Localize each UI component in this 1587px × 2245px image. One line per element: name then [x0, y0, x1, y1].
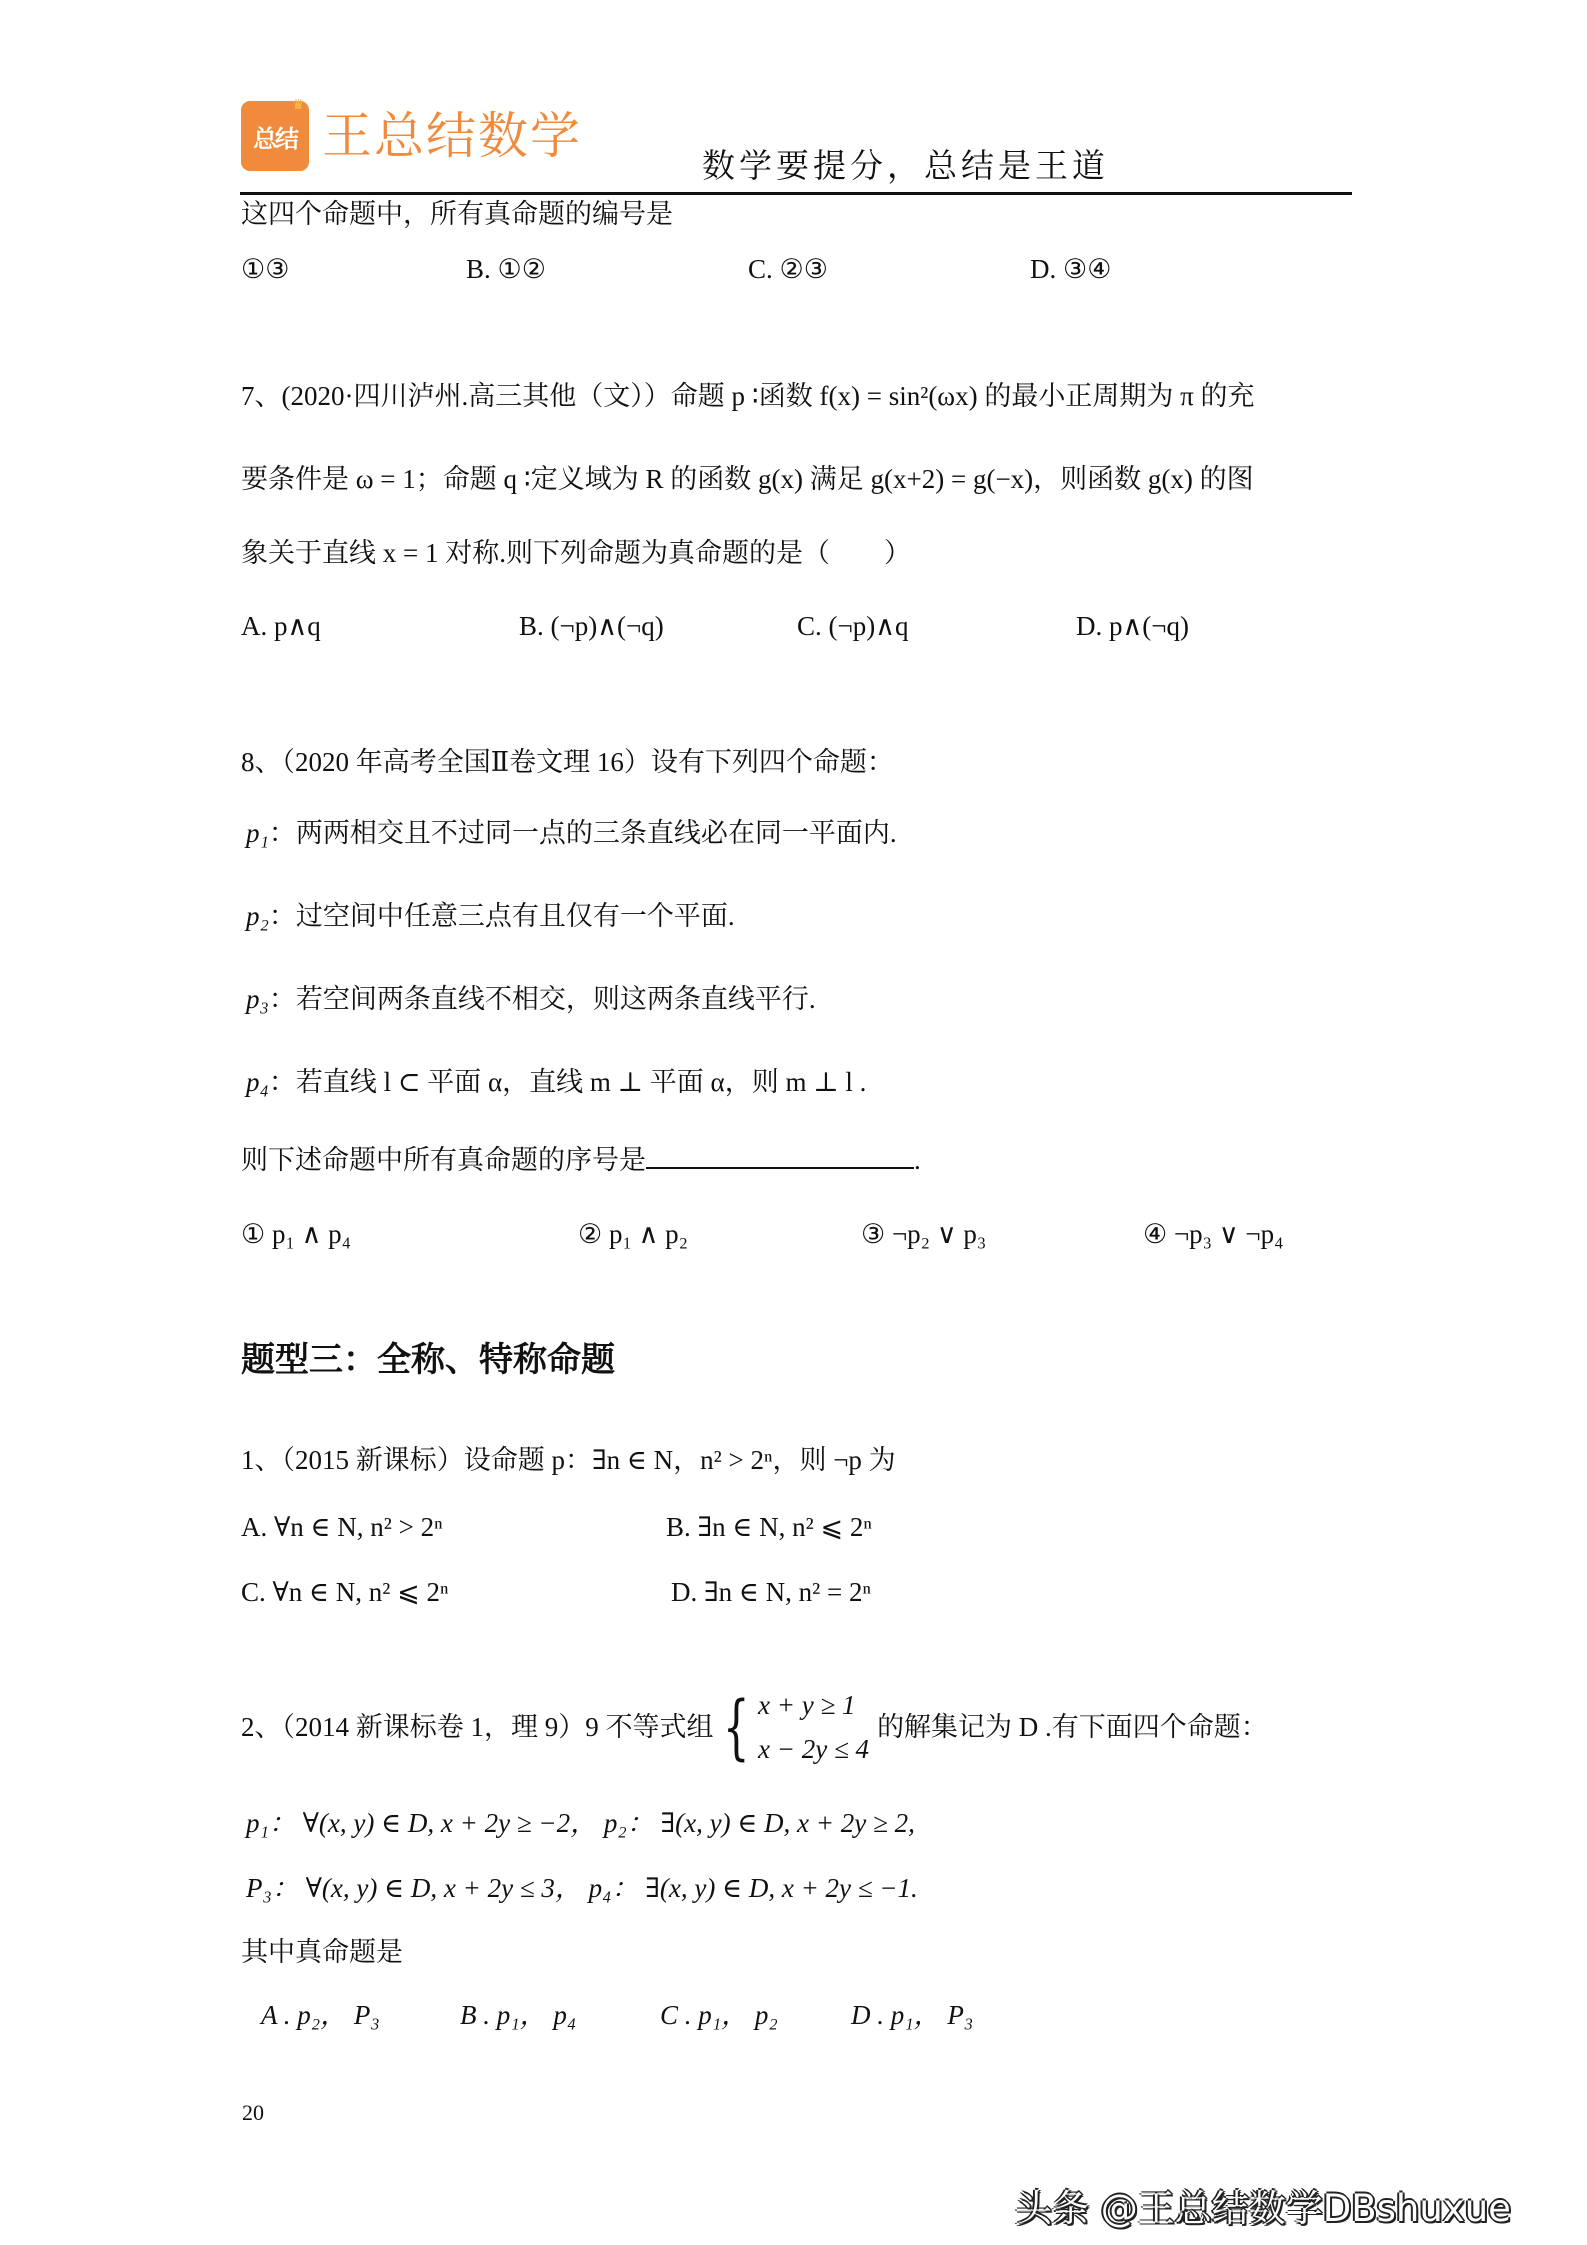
- header-rule: [240, 192, 1352, 195]
- q7-option-b: B. (¬p)∧(¬q): [519, 609, 664, 643]
- inequality-2: x − 2y ≤ 4: [758, 1727, 869, 1771]
- q8-ask-text: 则下述命题中所有真命题的序号是: [241, 1145, 646, 1175]
- q8-stem: 8、（2020 年高考全国Ⅱ卷文理 16）设有下列四个命题：: [241, 745, 894, 779]
- s3q2-props-p3-p4: P₃： ∀(x, y) ∈ D, x + 2y ≤ 3， p₄： ∃(x, y)…: [246, 1871, 918, 1905]
- logo-text: 王总结数学: [322, 106, 582, 166]
- q7-option-a: A. p∧q: [241, 609, 321, 643]
- answer-blank[interactable]: [646, 1143, 914, 1169]
- q7-line-3: 象关于直线 x = 1 对称.则下列命题为真命题的是（ ）: [241, 536, 911, 570]
- q8-prop-1: p₁：两两相交且不过同一点的三条直线必在同一平面内.: [246, 816, 897, 850]
- q8-option-2: ② p₁ ∧ p₂: [578, 1217, 688, 1251]
- logo-badge-text: 总结: [253, 119, 297, 154]
- q8-prop-4: p₄：若直线 l ⊂ 平面 α，直线 m ⊥ 平面 α，则 m ⊥ l .: [246, 1065, 866, 1099]
- q8-ask: 则下述命题中所有真命题的序号是.: [241, 1143, 921, 1177]
- q8-prop-3: p₃：若空间两条直线不相交，则这两条直线平行.: [246, 982, 816, 1016]
- s3q1-option-a: A. ∀n ∈ N, n² > 2ⁿ: [241, 1510, 443, 1544]
- q6-option-c: C. ②③: [748, 252, 828, 286]
- tagline: 数学要提分，总结是王道: [702, 140, 1109, 187]
- s3q2-option-b: B . p₁， p₄: [460, 1998, 576, 2032]
- q6-option-b: B. ①②: [466, 252, 546, 286]
- prop-text: 两两相交且不过同一点的三条直线必在同一平面内.: [296, 818, 897, 848]
- q6-option-a: ①③: [241, 252, 289, 286]
- q8-option-1: ① p₁ ∧ p₄: [241, 1217, 351, 1251]
- prop-label: p₁: [246, 818, 269, 848]
- crown-icon: ♛: [292, 100, 306, 112]
- q8-option-3: ③ ¬p₂ ∨ p₃: [861, 1217, 986, 1251]
- prop-label: p₂: [246, 901, 269, 931]
- prop-text: 若空间两条直线不相交，则这两条直线平行.: [296, 984, 816, 1014]
- q8-option-4: ④ ¬p₃ ∨ ¬p₄: [1143, 1217, 1284, 1251]
- s3q2-option-c: C . p₁， p₂: [660, 1998, 778, 2032]
- s3q1-option-c: C. ∀n ∈ N, n² ⩽ 2ⁿ: [241, 1575, 449, 1609]
- q6-option-d: D. ③④: [1030, 252, 1111, 286]
- left-brace-icon: {: [722, 1692, 749, 1762]
- q7-option-d: D. p∧(¬q): [1076, 609, 1189, 643]
- inequality-1: x + y ≥ 1: [758, 1683, 869, 1727]
- section-title: 题型三：全称、特称命题: [241, 1332, 615, 1381]
- s3q1-option-d: D. ∃n ∈ N, n² = 2ⁿ: [671, 1575, 871, 1609]
- watermark: 头条 @王总结数学DBshuxue: [1015, 2178, 1511, 2232]
- s3q2-option-a: A . p₂， P₃: [261, 1998, 380, 2032]
- s3q2-ask: 其中真命题是: [241, 1935, 403, 1969]
- q6-stem: 这四个命题中，所有真命题的编号是: [241, 197, 673, 231]
- prop-text: 过空间中任意三点有且仅有一个平面.: [296, 901, 735, 931]
- s3q2-stem: 2、（2014 新课标卷 1，理 9）9 不等式组 { x + y ≥ 1 x …: [241, 1683, 1268, 1771]
- page-number: 20: [242, 2100, 264, 2126]
- q7-line-1: 7、(2020·四川泸州.高三其他（文））命题 p ∶函数 f(x) = sin…: [241, 379, 1254, 413]
- prop-label: p₄: [246, 1067, 269, 1097]
- s3q2-props-p1-p2: p₁： ∀(x, y) ∈ D, x + 2y ≥ −2， p₂： ∃(x, y…: [246, 1806, 915, 1840]
- prop-text: 若直线 l ⊂ 平面 α，直线 m ⊥ 平面 α，则 m ⊥ l .: [296, 1067, 866, 1097]
- s3q2-option-d: D . p₁， P₃: [851, 1998, 973, 2032]
- s3q1-stem: 1、（2015 新课标）设命题 p：∃n ∈ N，n² > 2ⁿ，则 ¬p 为: [241, 1443, 896, 1477]
- q7-line-2: 要条件是 ω = 1；命题 q ∶定义域为 R 的函数 g(x) 满足 g(x+…: [241, 462, 1254, 496]
- q8-ask-end: .: [914, 1145, 921, 1175]
- s3q2-stem-pre: 2、（2014 新课标卷 1，理 9）9 不等式组: [241, 1710, 714, 1744]
- q7-option-c: C. (¬p)∧q: [797, 609, 908, 643]
- equation-system: { x + y ≥ 1 x − 2y ≤ 4: [714, 1683, 870, 1771]
- s3q1-option-b: B. ∃n ∈ N, n² ⩽ 2ⁿ: [666, 1510, 872, 1544]
- prop-label: p₃: [246, 984, 269, 1014]
- q8-prop-2: p₂：过空间中任意三点有且仅有一个平面.: [246, 899, 735, 933]
- s3q2-stem-post: 的解集记为 D .有下面四个命题：: [877, 1710, 1268, 1744]
